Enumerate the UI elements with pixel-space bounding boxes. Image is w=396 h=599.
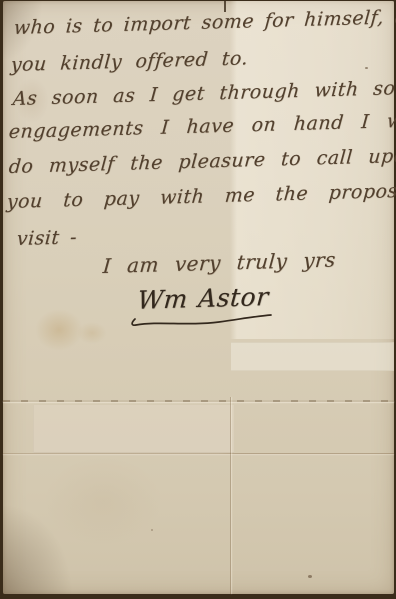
vertical-fold-crease <box>230 397 231 594</box>
horizontal-fold-crease-lower <box>3 453 394 454</box>
corner-shadow <box>3 504 73 594</box>
signature-underline-flourish <box>129 306 275 330</box>
letter-line: visit - <box>16 226 78 250</box>
foxing-stain <box>35 309 83 351</box>
letter-line: you kindly offered to. <box>10 47 249 76</box>
ink-speck <box>151 529 153 531</box>
letter-photo: who is to import some for himself, as yo… <box>0 0 396 599</box>
foxing-stain <box>77 322 107 344</box>
ink-speck <box>308 575 312 578</box>
tape-repair-right <box>231 342 394 371</box>
letter-paper: who is to import some for himself, as yo… <box>3 1 394 594</box>
ink-speck <box>365 67 368 69</box>
tape-residue-left <box>33 405 234 453</box>
horizontal-fold-crease <box>3 400 394 402</box>
